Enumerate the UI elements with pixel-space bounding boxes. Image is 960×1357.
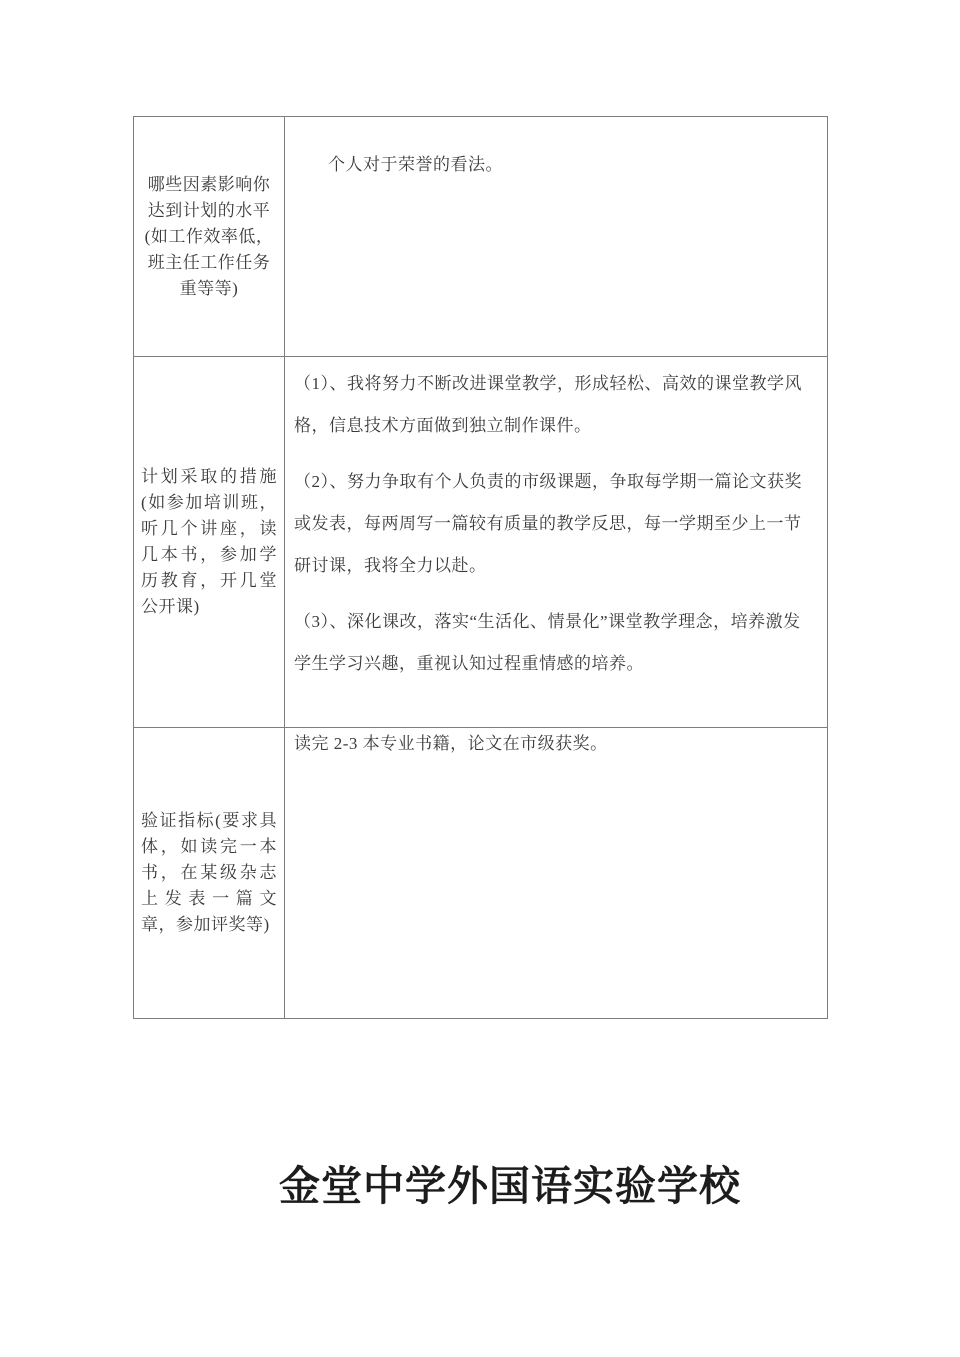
school-title: 金堂中学外国语实验学校 bbox=[133, 1162, 887, 1210]
row-label-text: 计划采取的措施(如参加培训班，听几个讲座，读几本书，参加学历教育，开几堂公开课) bbox=[141, 464, 277, 620]
content-paragraph: 个人对于荣誉的看法。 bbox=[294, 152, 813, 178]
content-paragraph: （3）、深化课改，落实“生活化、情景化”课堂教学理念，培养激发学生学习兴趣，重视… bbox=[294, 601, 813, 685]
plan-table: 哪些因素影响你达到计划的水平(如工作效率低，班主任工作任务重等等) 个人对于荣誉… bbox=[133, 116, 828, 1019]
row-label-text: 哪些因素影响你达到计划的水平(如工作效率低，班主任工作任务重等等) bbox=[141, 172, 277, 302]
row-label-text: 验证指标(要求具体，如读完一本书，在某级杂志上发表一篇文章，参加评奖等) bbox=[141, 808, 277, 938]
table-row-label-verification-indicators: 验证指标(要求具体，如读完一本书，在某级杂志上发表一篇文章，参加评奖等) bbox=[134, 728, 285, 1018]
table-row-content-influencing-factors: 个人对于荣誉的看法。 bbox=[285, 117, 827, 357]
table-row-label-planned-measures: 计划采取的措施(如参加培训班，听几个讲座，读几本书，参加学历教育，开几堂公开课) bbox=[134, 357, 285, 728]
table-row-content-verification-indicators: 读完 2-3 本专业书籍，论文在市级获奖。 bbox=[285, 728, 827, 1018]
content-paragraph: （2）、努力争取有个人负责的市级课题，争取每学期一篇论文获奖或发表，每两周写一篇… bbox=[294, 461, 813, 587]
content-paragraph: （1）、我将努力不断改进课堂教学，形成轻松、高效的课堂教学风格，信息技术方面做到… bbox=[294, 363, 813, 447]
table-row-content-planned-measures: （1）、我将努力不断改进课堂教学，形成轻松、高效的课堂教学风格，信息技术方面做到… bbox=[285, 357, 827, 728]
content-paragraph: 读完 2-3 本专业书籍，论文在市级获奖。 bbox=[294, 731, 813, 757]
table-row-label-influencing-factors: 哪些因素影响你达到计划的水平(如工作效率低，班主任工作任务重等等) bbox=[134, 117, 285, 357]
